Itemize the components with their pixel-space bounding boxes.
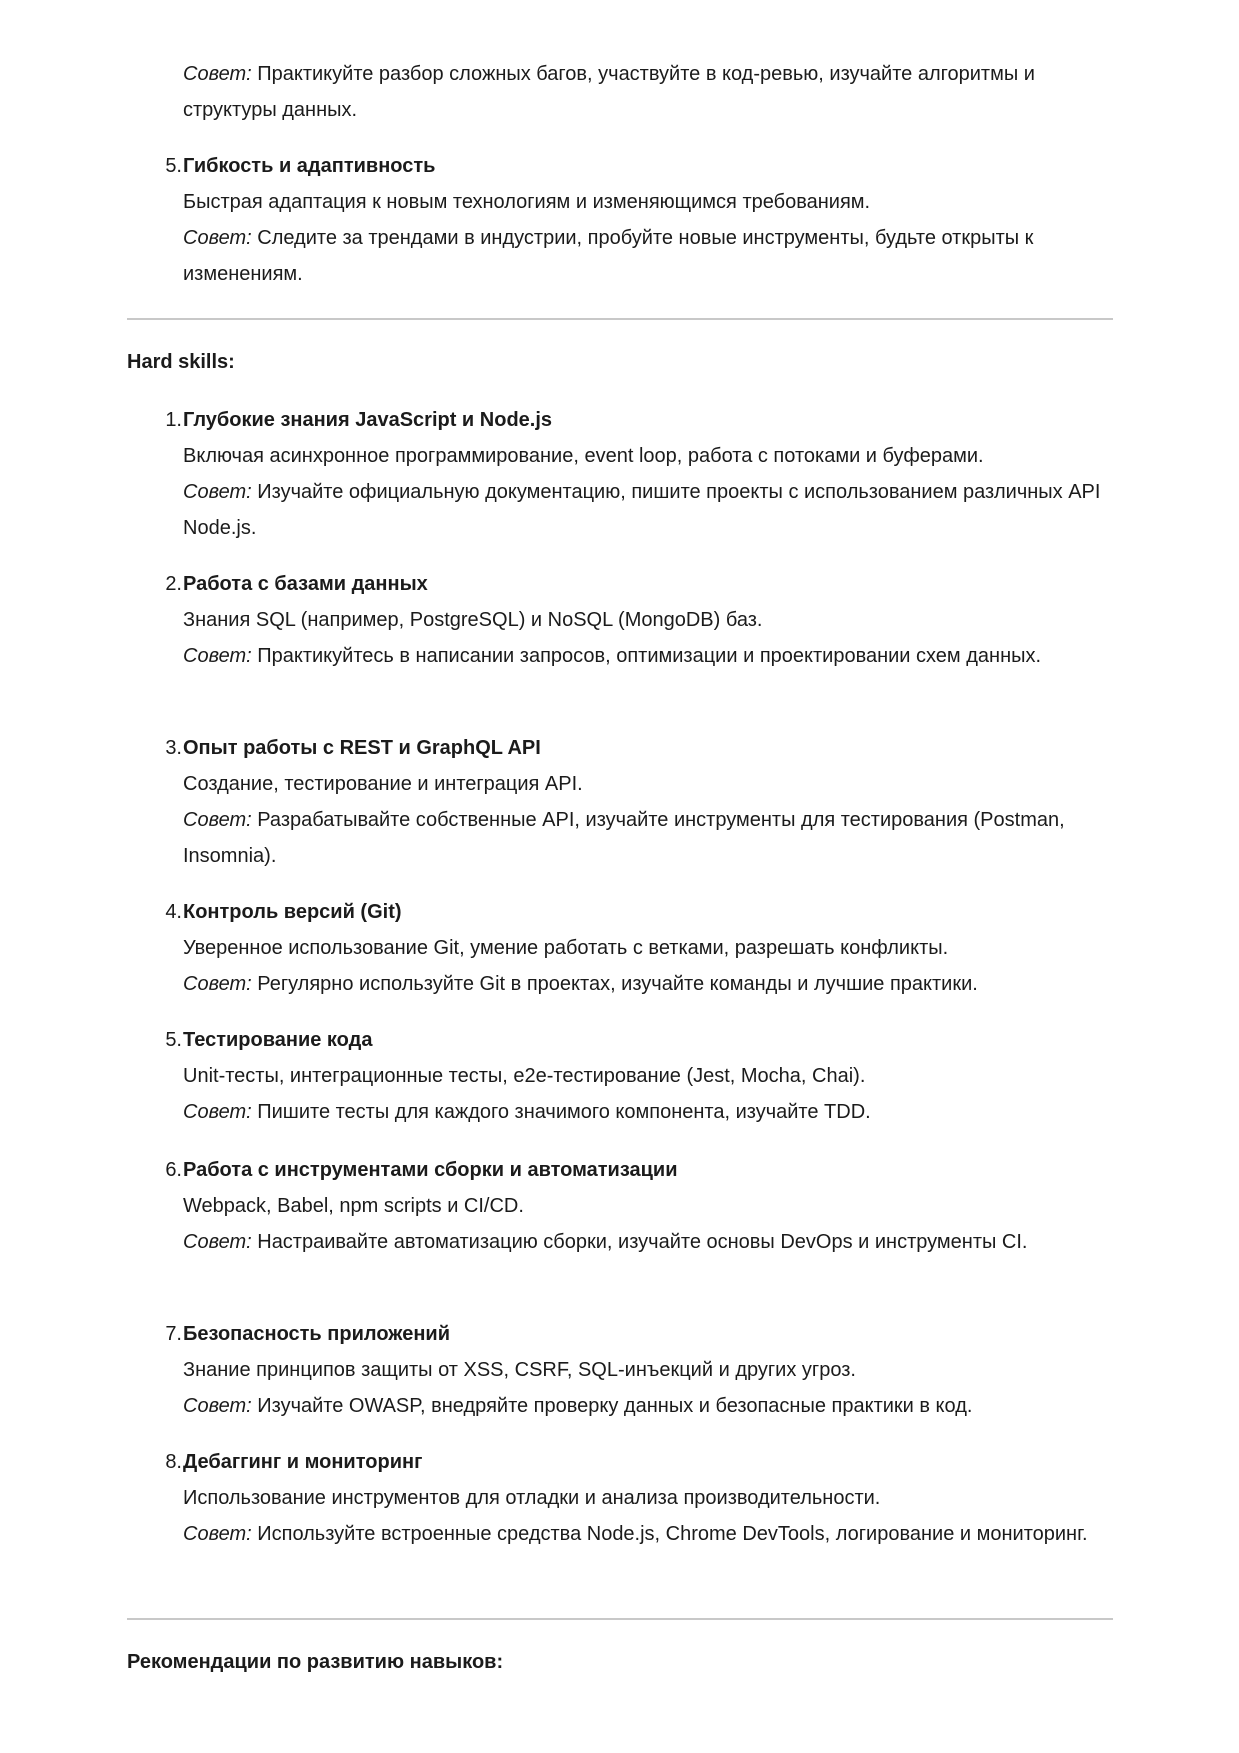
item-number: 2. [160, 566, 182, 602]
tip-label: Совет: [183, 973, 252, 995]
tip-label: Совет: [183, 1523, 252, 1545]
tip-text: Пишите тесты для каждого значимого компо… [252, 1101, 871, 1123]
soft-skill-item: 5. Гибкость и адаптивность Быстрая адапт… [127, 148, 1113, 292]
item-title: Дебаггинг и мониторинг [183, 1444, 1113, 1480]
tip-line: Совет: Настраивайте автоматизацию сборки… [183, 1224, 1113, 1260]
item-description: Знание принципов защиты от XSS, CSRF, SQ… [183, 1352, 1113, 1388]
item-number: 1. [160, 402, 182, 438]
recommendations-heading: Рекомендации по развитию навыков: [127, 1644, 503, 1680]
tip-line: Совет: Пишите тесты для каждого значимог… [183, 1094, 1113, 1130]
tip-text: Регулярно используйте Git в проектах, из… [252, 973, 978, 995]
tip-text: Изучайте официальную документацию, пишит… [183, 481, 1100, 539]
hard-skills-heading: Hard skills: [127, 344, 235, 380]
item-title: Глубокие знания JavaScript и Node.js [183, 402, 1113, 438]
tip-text: Изучайте OWASP, внедряйте проверку данны… [252, 1395, 973, 1417]
item-description: Быстрая адаптация к новым технологиям и … [183, 184, 1113, 220]
tip-label: Совет: [183, 645, 252, 667]
item-number: 5. [160, 1022, 182, 1058]
item-description: Webpack, Babel, npm scripts и CI/CD. [183, 1188, 1113, 1224]
hard-skill-item: 8.Дебаггинг и мониторингИспользование ин… [127, 1444, 1113, 1552]
tip-label: Совет: [183, 809, 252, 831]
tip-line: Совет: Следите за трендами в индустрии, … [183, 220, 1113, 292]
item-number: 8. [160, 1444, 182, 1480]
item-number: 6. [160, 1152, 182, 1188]
item-title: Контроль версий (Git) [183, 894, 1113, 930]
hard-skill-item: 4.Контроль версий (Git)Уверенное использ… [127, 894, 1113, 1002]
tip-line: Совет: Практикуйте разбор сложных багов,… [183, 56, 1113, 128]
soft-skill-continuation: Совет: Практикуйте разбор сложных багов,… [127, 56, 1113, 128]
item-title: Тестирование кода [183, 1022, 1113, 1058]
tip-label: Совет: [183, 1395, 252, 1417]
hard-skill-item: 5.Тестирование кодаUnit-тесты, интеграци… [127, 1022, 1113, 1130]
tip-label: Совет: [183, 227, 252, 249]
item-description: Включая асинхронное программирование, ev… [183, 438, 1113, 474]
tip-text: Разрабатывайте собственные API, изучайте… [183, 809, 1065, 867]
tip-label: Совет: [183, 63, 252, 85]
tip-line: Совет: Используйте встроенные средства N… [183, 1516, 1113, 1552]
tip-line: Совет: Изучайте OWASP, внедряйте проверк… [183, 1388, 1113, 1424]
item-number: 7. [160, 1316, 182, 1352]
item-description: Уверенное использование Git, умение рабо… [183, 930, 1113, 966]
tip-label: Совет: [183, 1101, 252, 1123]
item-description: Создание, тестирование и интеграция API. [183, 766, 1113, 802]
tip-line: Совет: Изучайте официальную документацию… [183, 474, 1113, 546]
tip-text: Практикуйте разбор сложных багов, участв… [183, 63, 1035, 121]
tip-label: Совет: [183, 1231, 252, 1253]
item-number: 3. [160, 730, 182, 766]
hard-skill-item: 2.Работа с базами данныхЗнания SQL (напр… [127, 566, 1113, 674]
item-description: Использование инструментов для отладки и… [183, 1480, 1113, 1516]
item-description: Знания SQL (например, PostgreSQL) и NoSQ… [183, 602, 1113, 638]
item-title: Гибкость и адаптивность [183, 148, 1113, 184]
tip-text: Следите за трендами в индустрии, пробуйт… [183, 227, 1033, 285]
item-title: Безопасность приложений [183, 1316, 1113, 1352]
tip-text: Настраивайте автоматизацию сборки, изуча… [252, 1231, 1028, 1253]
hard-skill-item: 6.Работа с инструментами сборки и автома… [127, 1152, 1113, 1260]
tip-line: Совет: Практикуйтесь в написании запросо… [183, 638, 1113, 674]
item-title: Работа с инструментами сборки и автомати… [183, 1152, 1113, 1188]
hard-skill-item: 7.Безопасность приложенийЗнание принципо… [127, 1316, 1113, 1424]
item-number: 5. [160, 148, 182, 184]
item-description: Unit-тесты, интеграционные тесты, e2e-те… [183, 1058, 1113, 1094]
item-title: Работа с базами данных [183, 566, 1113, 602]
item-number: 4. [160, 894, 182, 930]
hard-skill-item: 3.Опыт работы с REST и GraphQL APIСоздан… [127, 730, 1113, 874]
tip-line: Совет: Регулярно используйте Git в проек… [183, 966, 1113, 1002]
item-title: Опыт работы с REST и GraphQL API [183, 730, 1113, 766]
section-divider [127, 1618, 1113, 1620]
tip-text: Используйте встроенные средства Node.js,… [252, 1523, 1088, 1545]
tip-text: Практикуйтесь в написании запросов, опти… [252, 645, 1041, 667]
tip-line: Совет: Разрабатывайте собственные API, и… [183, 802, 1113, 874]
tip-label: Совет: [183, 481, 252, 503]
hard-skill-item: 1.Глубокие знания JavaScript и Node.jsВк… [127, 402, 1113, 546]
section-divider [127, 318, 1113, 320]
